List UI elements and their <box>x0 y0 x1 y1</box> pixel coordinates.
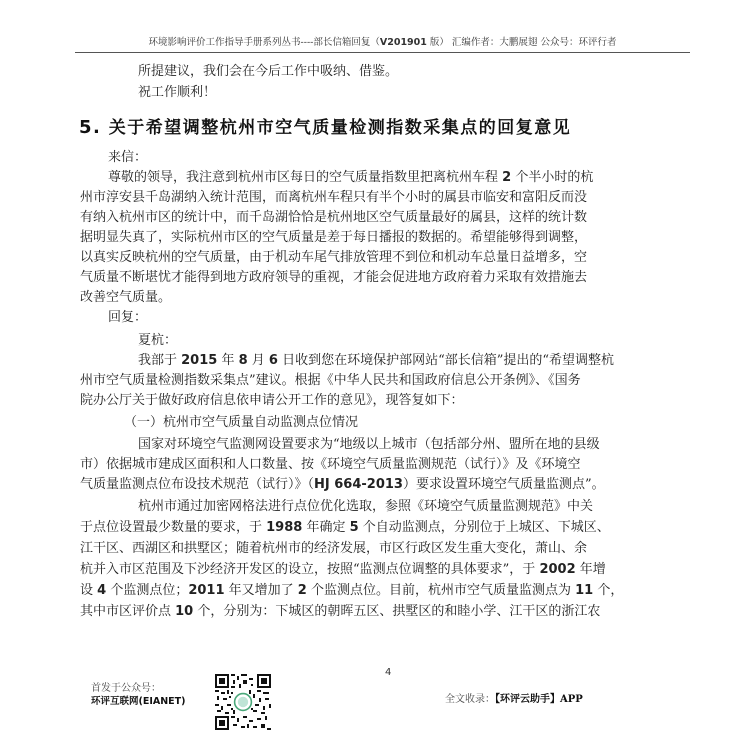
reply-para3-line: 设 4 个监测点位；2011 年又增加了 2 个监测点位。目前，杭州市空气质量监… <box>80 583 623 599</box>
header-text-before: 环境影响评价工作指导手册系列丛书----部长信箱回复（ <box>149 37 380 48</box>
page-header: 环境影响评价工作指导手册系列丛书----部长信箱回复（V201901 版） 汇编… <box>75 36 690 53</box>
reply-para1-line: 我部于 2015 年 8 月 6 日收到您在环境保护部网站“部长信箱”提出的“希… <box>138 353 614 369</box>
app-name: 【环评云助手】APP <box>495 694 583 705</box>
letter-label: 来信： <box>108 150 147 166</box>
header-text-after: 版） 汇编作者：大鹏展翅 公众号：环评行者 <box>427 37 617 48</box>
footer-publisher: 首发于公众号： 环评互联网(EIANET) <box>91 682 185 708</box>
reply-para2-line: 市）依据城市建成区面积和人口数量、按《环境空气质量监测规范（试行）》及《环境空 <box>80 457 581 473</box>
reply-para1-line: 院办公厅关于做好政府信息依申请公开工作的意见》，现答复如下： <box>80 393 464 409</box>
reply-para3-line: 杭州市通过加密网格法进行点位优化选取，参照《环境空气质量监测规范》中关 <box>138 499 593 515</box>
collected-label: 全文收录： <box>445 694 495 705</box>
reply-subheading: （一）杭州市空气质量自动监测点位情况 <box>124 415 358 431</box>
account-name: 环评互联网(EIANET) <box>91 695 185 708</box>
letter-line: 据明显失真了，实际杭州市区的空气质量是差于每日播报的数据的。希望能够得到调整， <box>80 230 587 246</box>
qr-code-icon <box>215 674 271 730</box>
reply-para2-line: 国家对环境空气监测网设置要求为“地级以上城市（包括部分州、盟所在地的县级 <box>138 437 600 453</box>
letter-line: 有纳入杭州市区的统计中，而千岛湖恰恰是杭州地区空气质量最好的属县，这样的统计数 <box>80 210 587 226</box>
letter-line: 尊敬的领导，我注意到杭州市区每日的空气质量指数里把离杭州车程 2 个半小时的杭 <box>108 170 593 186</box>
reply-para2-line: 气质量监测点位布设技术规范（试行）》（HJ 664-2013）要求设置环境空气质… <box>80 477 605 493</box>
section-heading: 5. 关于希望调整杭州市空气质量检测指数采集点的回复意见 <box>79 113 571 138</box>
reply-para1-line: 州市空气质量检测指数采集点”建议。根据《中华人民共和国政府信息公开条例》、《国务 <box>80 373 581 389</box>
intro-line-2: 祝工作顺利！ <box>138 85 216 101</box>
letter-line: 州市淳安县千岛湖纳入统计范围，而离杭州车程只有半个小时的属县市临安和富阳反而没 <box>80 190 587 206</box>
first-published-label: 首发于公众号： <box>91 682 185 695</box>
section-title: 关于希望调整杭州市空气质量检测指数采集点的回复意见 <box>101 118 571 138</box>
intro-line-1: 所提建议，我们会在今后工作中吸纳、借鉴。 <box>138 64 398 80</box>
page-number: 4 <box>385 667 391 678</box>
reply-para3-line: 于点位设置最少数量的要求，于 1988 年确定 5 个自动监测点，分别位于上城区… <box>80 520 610 536</box>
letter-line: 气质量不断堪忧才能得到地方政府领导的重视，才能会促进地方政府着力采取有效措施去 <box>80 270 587 286</box>
footer-collected: 全文收录：【环评云助手】APP <box>445 690 583 705</box>
reply-para3-line: 江干区、西湖区和拱墅区；随着杭州市的经济发展，市区行政区发生重大变化，萧山、余 <box>80 541 587 557</box>
letter-line: 以真实反映杭州的空气质量，由于机动车尾气排放管理不到位和机动车总量日益增多，空 <box>80 250 587 266</box>
section-number: 5. <box>79 117 101 138</box>
reply-para3-line: 其中市区评价点 10 个，分别为：下城区的朝晖五区、拱墅区的和睦小学、江干区的浙… <box>80 604 600 620</box>
header-version: V201901 <box>380 37 427 48</box>
reply-salutation: 夏杭： <box>138 333 177 349</box>
reply-label: 回复： <box>108 310 147 326</box>
reply-para3-line: 杭并入市区范围及下沙经济开发区的设立，按照“监测点位调整的具体要求”，于 200… <box>80 562 606 578</box>
letter-line: 改善空气质量。 <box>80 290 171 306</box>
